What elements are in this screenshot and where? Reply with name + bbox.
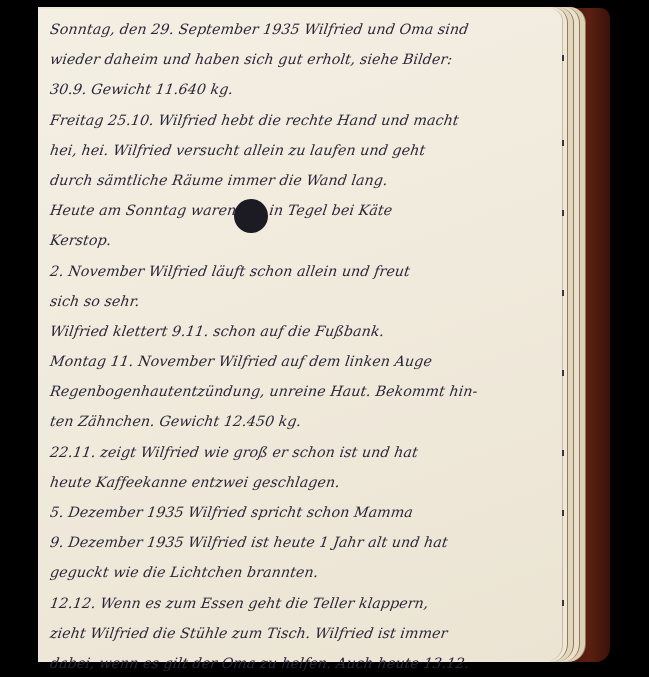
- text-line: Regenbogenhautentzündung, unreine Haut. …: [48, 377, 546, 407]
- edge-mark: [562, 600, 564, 606]
- text-line: heute Kaffeekanne entzwei geschlagen.: [48, 468, 546, 498]
- text-line: Heute am Sonntag waren wir in Tegel bei …: [48, 196, 546, 226]
- text-line: 9. Dezember 1935 Wilfried ist heute 1 Ja…: [48, 528, 546, 558]
- text-line: Kerstop.: [48, 226, 546, 256]
- edge-mark: [562, 370, 564, 376]
- edge-mark: [562, 210, 564, 216]
- text-line: 2. November Wilfried läuft schon allein …: [48, 257, 546, 287]
- text-line: Montag 11. November Wilfried auf dem lin…: [48, 347, 546, 377]
- diary-page: Sonntag, den 29. September 1935 Wilfried…: [38, 9, 562, 661]
- page-edge-marks: [560, 0, 566, 650]
- edge-mark: [562, 290, 564, 296]
- edge-mark: [562, 450, 564, 456]
- handwritten-text: Sonntag, den 29. September 1935 Wilfried…: [50, 15, 544, 677]
- text-line: ten Zähnchen. Gewicht 12.450 kg.: [48, 407, 546, 437]
- edge-mark: [562, 55, 564, 61]
- text-line: Freitag 25.10. Wilfried hebt die rechte …: [48, 106, 546, 136]
- text-line: 12.12. Wenn es zum Essen geht die Teller…: [48, 589, 546, 619]
- text-line: Sonntag, den 29. September 1935 Wilfried…: [48, 15, 546, 45]
- text-line: zieht Wilfried die Stühle zum Tisch. Wil…: [48, 619, 546, 649]
- text-line: durch sämtliche Räume immer die Wand lan…: [48, 166, 546, 196]
- text-line: 22.11. zeigt Wilfried wie groß er schon …: [48, 438, 546, 468]
- text-line: dabei, wenn es gilt der Oma zu helfen. A…: [48, 649, 546, 677]
- edge-mark: [562, 140, 564, 146]
- edge-mark: [562, 510, 564, 516]
- text-line: hei, hei. Wilfried versucht allein zu la…: [48, 136, 546, 166]
- text-line: Wilfried klettert 9.11. schon auf die Fu…: [48, 317, 546, 347]
- text-line: wieder daheim und haben sich gut erholt,…: [48, 45, 546, 75]
- text-line: sich so sehr.: [48, 287, 546, 317]
- ink-blot: [234, 199, 268, 233]
- text-line: geguckt wie die Lichtchen brannten.: [48, 558, 546, 588]
- text-line: 30.9. Gewicht 11.640 kg.: [48, 75, 546, 105]
- text-line: 5. Dezember 1935 Wilfried spricht schon …: [48, 498, 546, 528]
